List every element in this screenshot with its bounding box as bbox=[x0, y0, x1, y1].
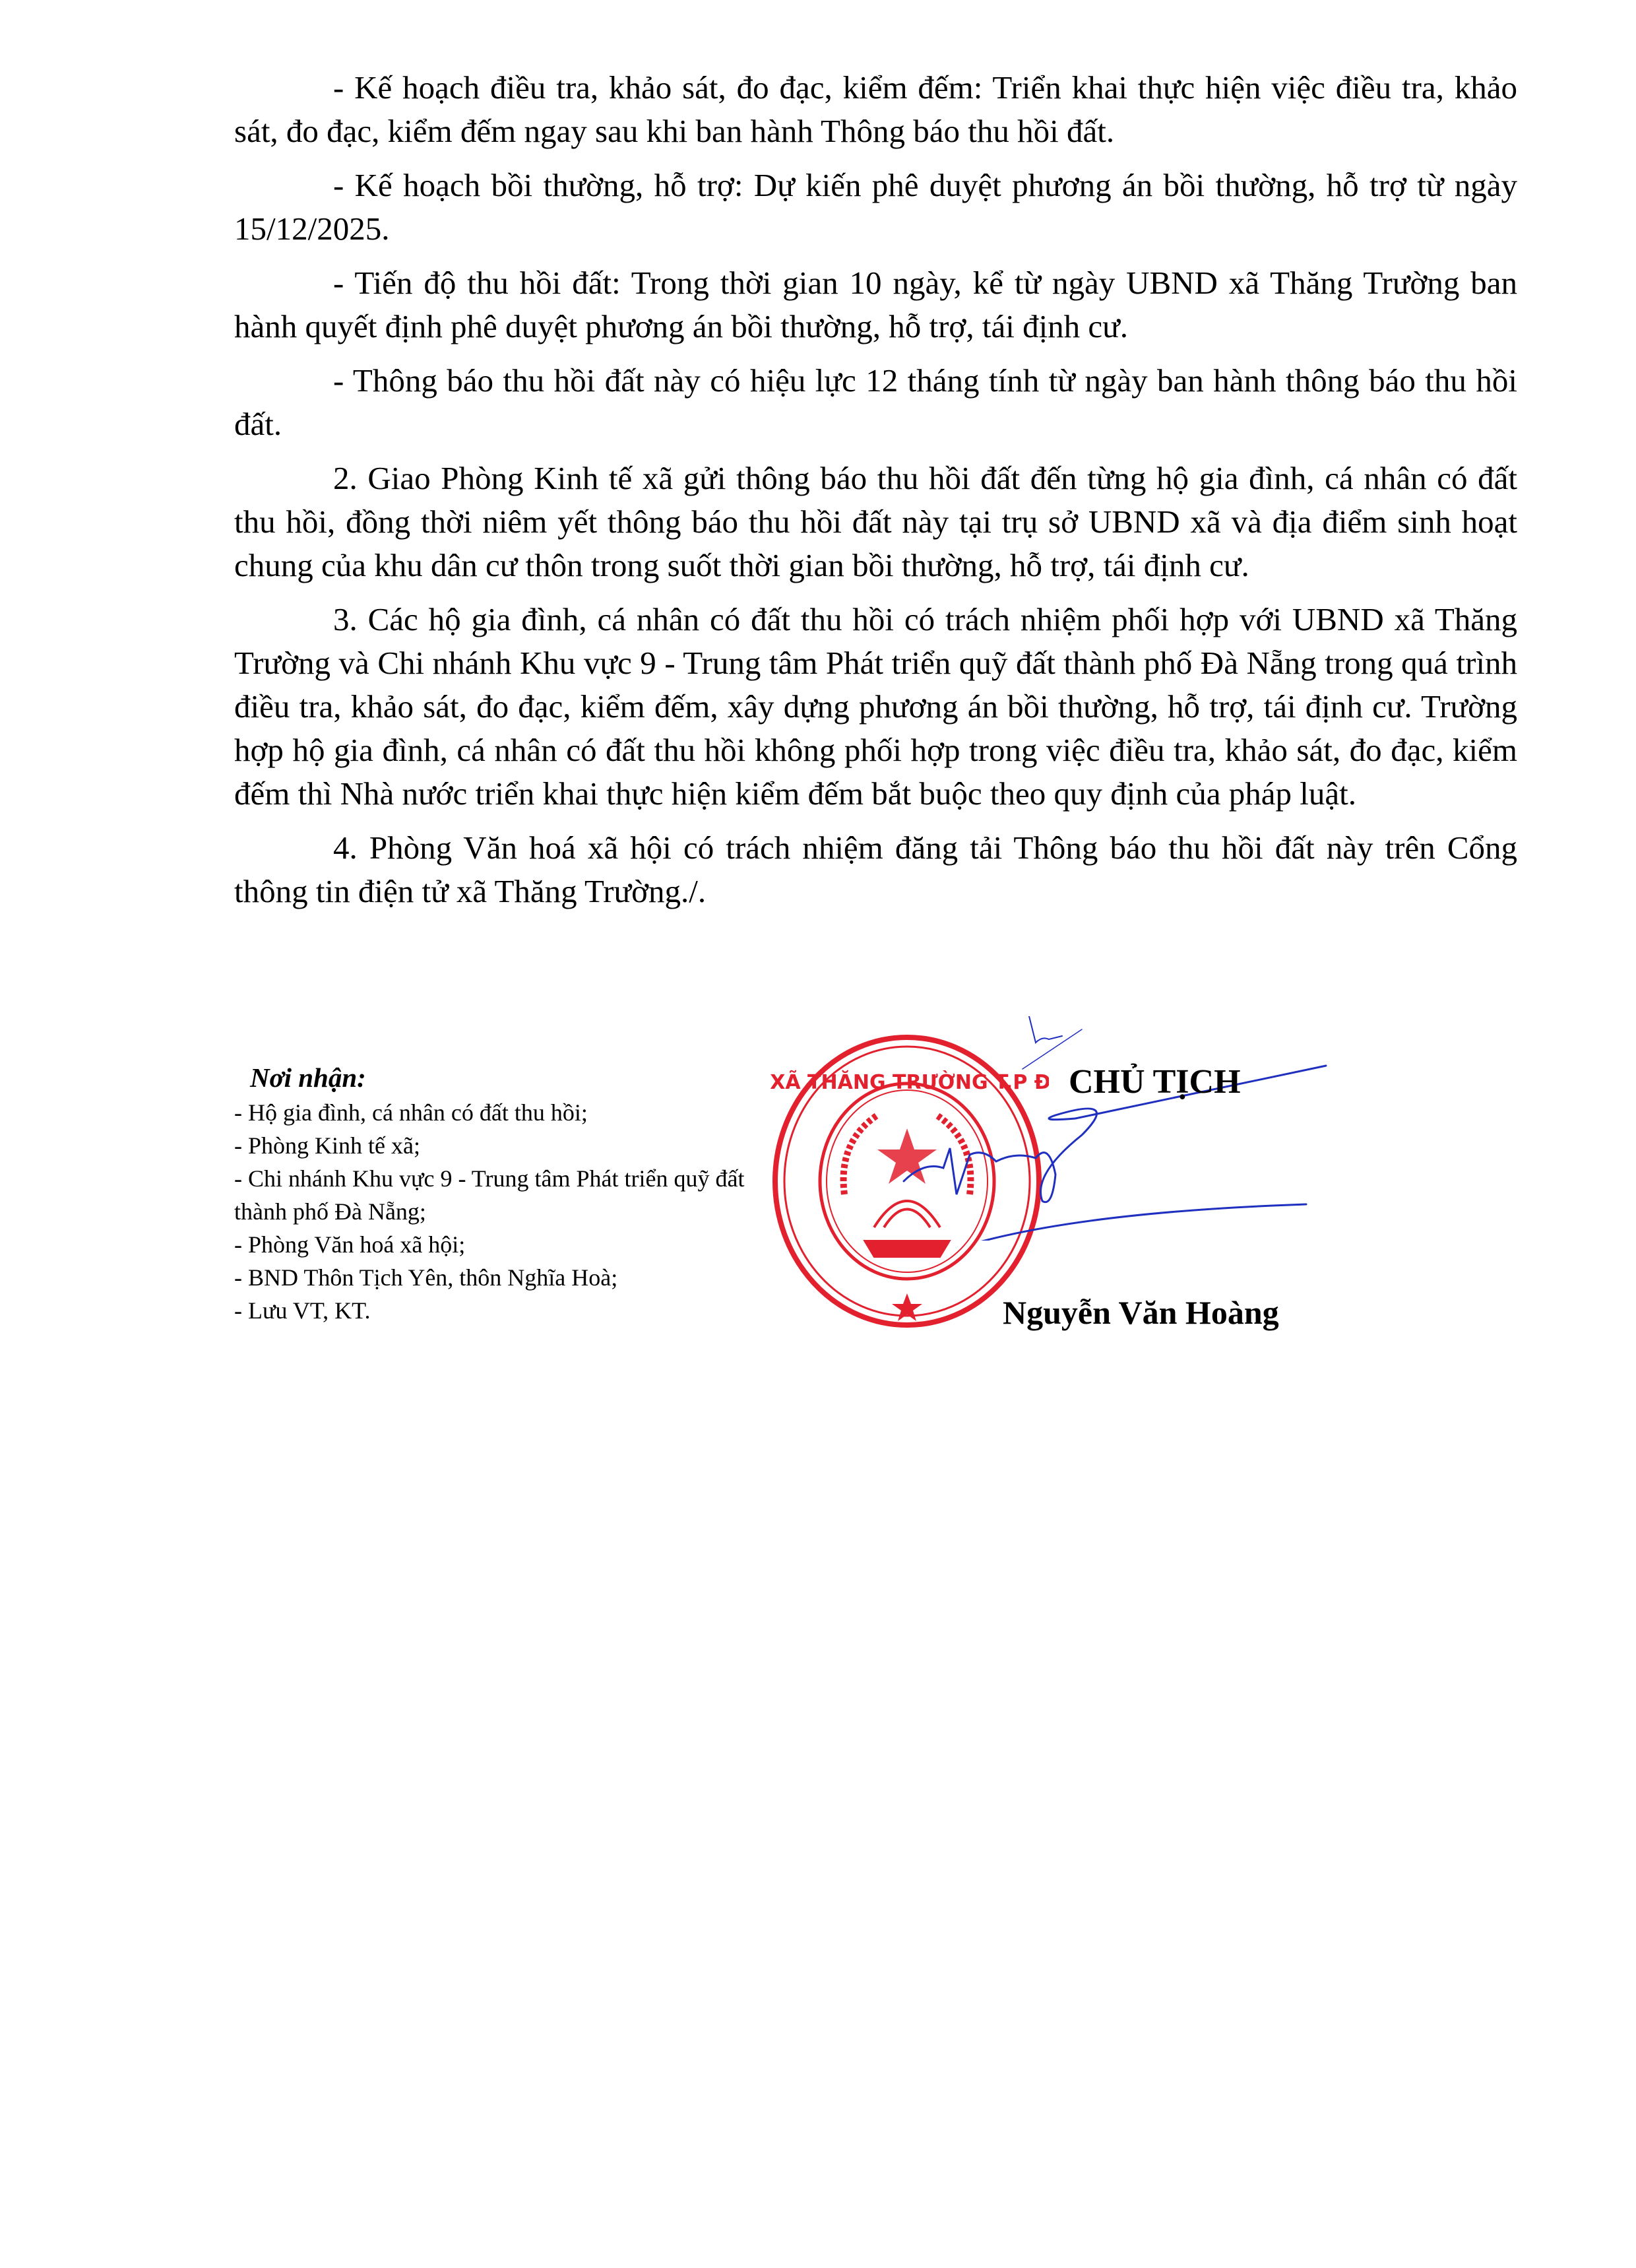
paragraph-item-4: 4. Phòng Văn hoá xã hội có trách nhiệm đ… bbox=[234, 826, 1517, 913]
paragraph-validity: - Thông báo thu hồi đất này có hiệu lực … bbox=[234, 359, 1517, 446]
recipients-list: Nơi nhận: - Hộ gia đình, cá nhân có đất … bbox=[234, 1059, 775, 1327]
paragraph-land-recovery-schedule: - Tiến độ thu hồi đất: Trong thời gian 1… bbox=[234, 261, 1517, 348]
recipient-item: - Hộ gia đình, cá nhân có đất thu hồi; bbox=[234, 1096, 775, 1129]
recipient-item: - Phòng Văn hoá xã hội; bbox=[234, 1228, 775, 1261]
recipient-item: - Lưu VT, KT. bbox=[234, 1294, 775, 1327]
signature-block: CHỦ TỊCH Nguyễn Văn Hoàng bbox=[937, 1056, 1438, 1373]
document-body: - Kế hoạch điều tra, khảo sát, đo đạc, k… bbox=[234, 66, 1517, 924]
recipient-item: - BND Thôn Tịch Yên, thôn Nghĩa Hoà; bbox=[234, 1261, 775, 1294]
recipient-item: - Phòng Kinh tế xã; bbox=[234, 1129, 775, 1162]
signer-title: CHỦ TỊCH bbox=[1069, 1062, 1241, 1101]
recipients-title: Nơi nhận: bbox=[234, 1059, 775, 1096]
paragraph-item-3: 3. Các hộ gia đình, cá nhân có đất thu h… bbox=[234, 598, 1517, 816]
paragraph-survey-plan: - Kế hoạch điều tra, khảo sát, đo đạc, k… bbox=[234, 66, 1517, 153]
signer-name: Nguyễn Văn Hoàng bbox=[1003, 1293, 1279, 1332]
paragraph-compensation-plan: - Kế hoạch bồi thường, hỗ trợ: Dự kiến p… bbox=[234, 164, 1517, 251]
recipient-item: - Chi nhánh Khu vực 9 - Trung tâm Phát t… bbox=[234, 1162, 775, 1228]
paragraph-item-2: 2. Giao Phòng Kinh tế xã gửi thông báo t… bbox=[234, 457, 1517, 587]
